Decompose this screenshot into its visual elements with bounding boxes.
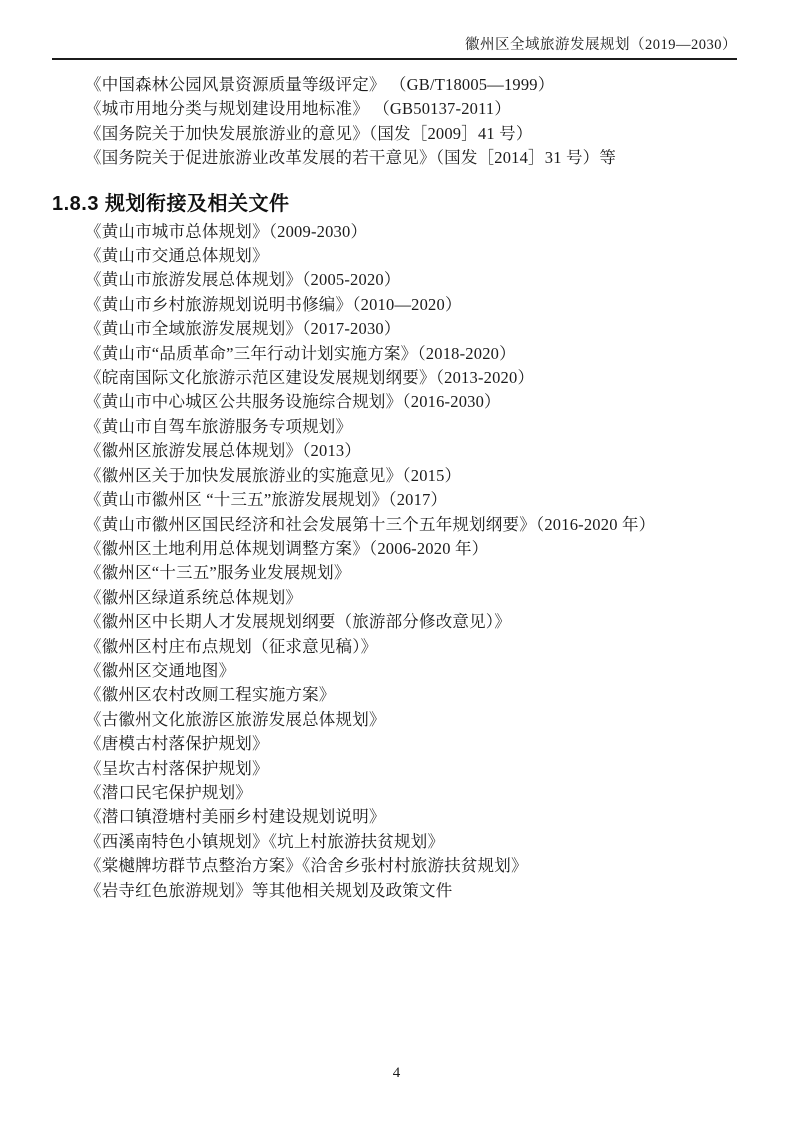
- related-document-line: 《棠樾牌坊群节点整治方案》《洽舍乡张村村旅游扶贫规划》: [52, 854, 737, 878]
- running-header: 徽州区全域旅游发展规划（2019—2030）: [52, 36, 737, 60]
- related-document-line: 《徽州区绿道系统总体规划》: [52, 586, 737, 610]
- section-heading: 1.8.3 规划衔接及相关文件: [52, 191, 737, 217]
- reference-standard-line: 《城市用地分类与规划建设用地标准》 （GB50137-2011）: [52, 97, 737, 121]
- related-document-line: 《呈坎古村落保护规划》: [52, 757, 737, 781]
- related-document-line: 《潜口民宅保护规划》: [52, 781, 737, 805]
- related-document-line: 《黄山市徽州区 “十三五”旅游发展规划》（2017）: [52, 488, 737, 512]
- related-document-line: 《徽州区旅游发展总体规划》（2013）: [52, 439, 737, 463]
- related-document-line: 《徽州区农村改厕工程实施方案》: [52, 683, 737, 707]
- document-page: 徽州区全域旅游发展规划（2019—2030） 《中国森林公园风景资源质量等级评定…: [0, 0, 793, 1122]
- related-document-line: 《岩寺红色旅游规划》等其他相关规划及政策文件: [52, 879, 737, 903]
- related-document-line: 《黄山市乡村旅游规划说明书修编》（2010—2020）: [52, 293, 737, 317]
- reference-standard-line: 《中国森林公园风景资源质量等级评定》 （GB/T18005—1999）: [52, 73, 737, 97]
- page-footer: 4: [0, 1065, 793, 1082]
- related-document-line: 《潜口镇澄塘村美丽乡村建设规划说明》: [52, 805, 737, 829]
- related-document-line: 《徽州区“十三五”服务业发展规划》: [52, 561, 737, 585]
- related-document-line: 《黄山市旅游发展总体规划》（2005-2020）: [52, 268, 737, 292]
- related-document-line: 《黄山市徽州区国民经济和社会发展第十三个五年规划纲要》（2016-2020 年）: [52, 513, 737, 537]
- related-document-line: 《徽州区村庄布点规划（征求意见稿）》: [52, 635, 737, 659]
- running-header-title: 徽州区全域旅游发展规划（2019—2030）: [465, 37, 737, 53]
- related-document-line: 《皖南国际文化旅游示范区建设发展规划纲要》（2013-2020）: [52, 366, 737, 390]
- related-document-line: 《徽州区土地利用总体规划调整方案》（2006-2020 年）: [52, 537, 737, 561]
- related-document-line: 《黄山市自驾车旅游服务专项规划》: [52, 415, 737, 439]
- related-document-line: 《黄山市“品质革命”三年行动计划实施方案》（2018-2020）: [52, 342, 737, 366]
- reference-standards-list: 《中国森林公园风景资源质量等级评定》 （GB/T18005—1999）《城市用地…: [52, 60, 737, 171]
- related-documents-list: 《黄山市城市总体规划》（2009-2030）《黄山市交通总体规划》《黄山市旅游发…: [52, 220, 737, 903]
- reference-standard-line: 《国务院关于促进旅游业改革发展的若干意见》（国发［2014］31 号）等: [52, 146, 737, 170]
- related-document-line: 《徽州区中长期人才发展规划纲要（旅游部分修改意见）》: [52, 610, 737, 634]
- related-document-line: 《黄山市城市总体规划》（2009-2030）: [52, 220, 737, 244]
- related-document-line: 《徽州区关于加快发展旅游业的实施意见》（2015）: [52, 464, 737, 488]
- related-document-line: 《徽州区交通地图》: [52, 659, 737, 683]
- related-document-line: 《西溪南特色小镇规划》《坑上村旅游扶贫规划》: [52, 830, 737, 854]
- related-document-line: 《黄山市交通总体规划》: [52, 244, 737, 268]
- related-document-line: 《黄山市全域旅游发展规划》（2017-2030）: [52, 317, 737, 341]
- page-number: 4: [393, 1065, 401, 1081]
- related-document-line: 《黄山市中心城区公共服务设施综合规划》（2016-2030）: [52, 390, 737, 414]
- related-document-line: 《唐模古村落保护规划》: [52, 732, 737, 756]
- page-content: 《中国森林公园风景资源质量等级评定》 （GB/T18005—1999）《城市用地…: [52, 60, 737, 903]
- reference-standard-line: 《国务院关于加快发展旅游业的意见》（国发［2009］41 号）: [52, 122, 737, 146]
- related-document-line: 《古徽州文化旅游区旅游发展总体规划》: [52, 708, 737, 732]
